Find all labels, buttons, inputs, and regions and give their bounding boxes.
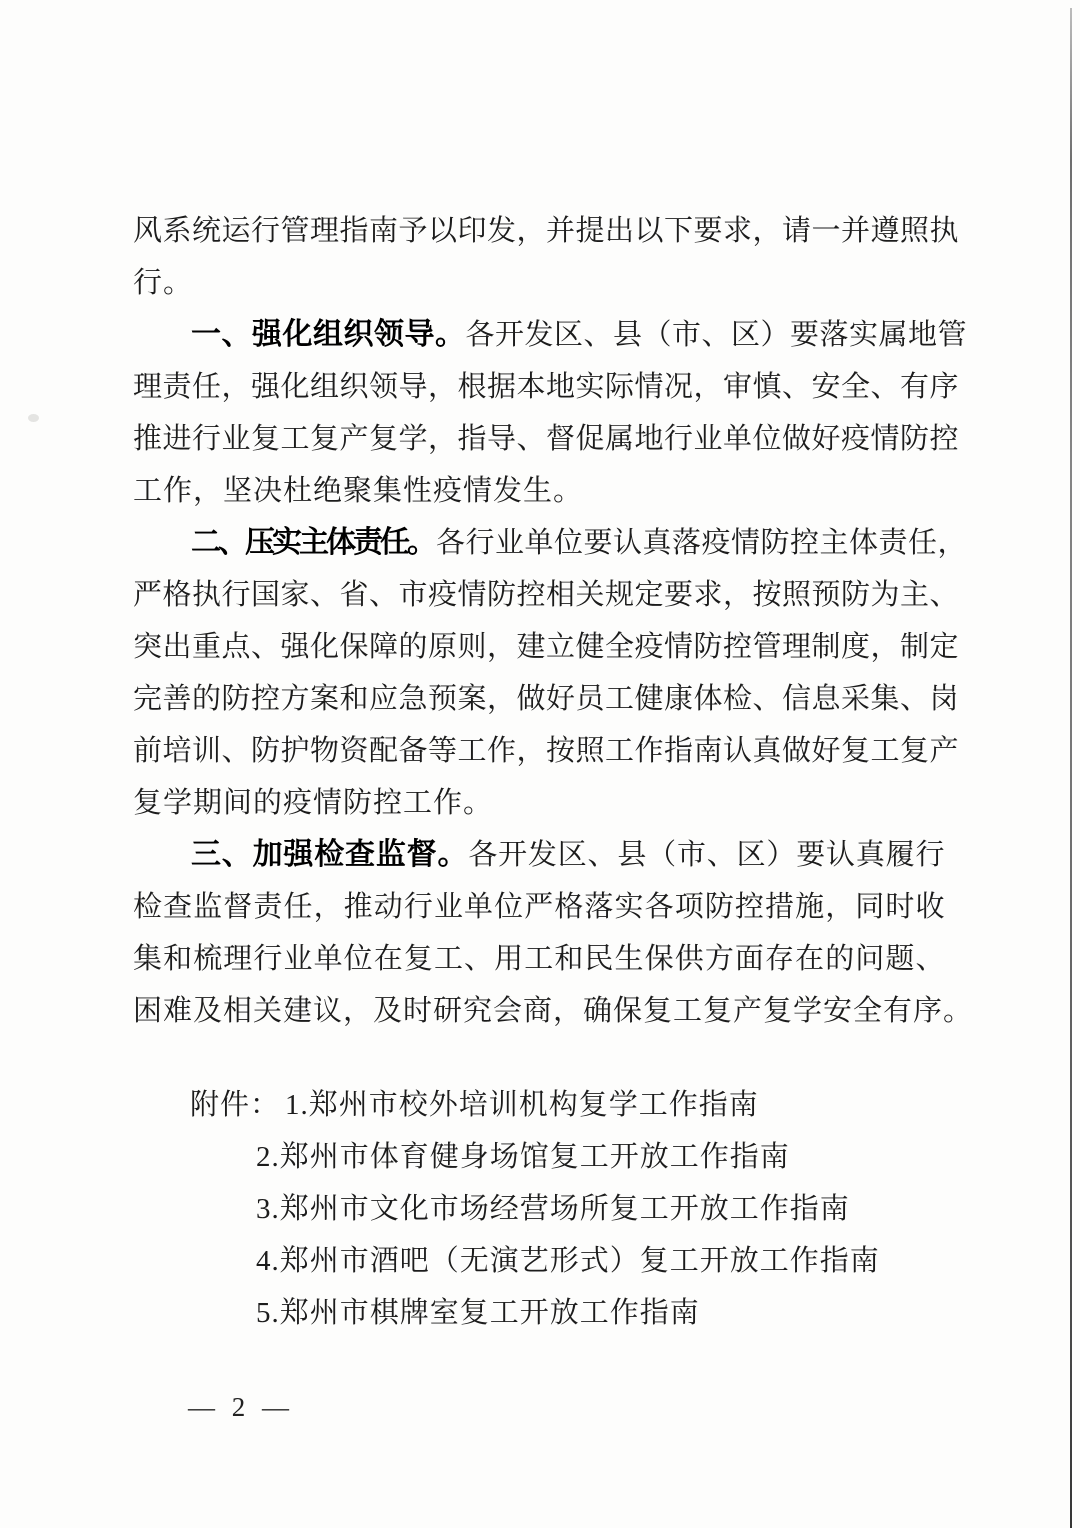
scan-edge-artifact xyxy=(1070,8,1072,1528)
section-3-text: 各开发区、县（市、区）要认真履行 xyxy=(468,839,945,871)
body-line: 理责任，强化组织领导，根据本地实际情况，审慎、安全、有序 xyxy=(133,361,945,413)
section-2-first-line: 二、压实主体责任。各行业单位要认真落疫情防控主体责任， xyxy=(133,517,945,569)
body-line: 工作，坚决杜绝聚集性疫情发生。 xyxy=(133,465,945,517)
body-line: 集和梳理行业单位在复工、用工和民生保供方面存在的问题、 xyxy=(133,933,945,985)
section-1-first-line: 一、强化组织领导。各开发区、县（市、区）要落实属地管 xyxy=(133,309,945,361)
section-3-heading: 三、加强检查监督。 xyxy=(191,838,468,871)
scan-speck-artifact xyxy=(28,414,39,422)
body-line: 行。 xyxy=(133,257,945,309)
body-line: 推进行业复工复产复学，指导、督促属地行业单位做好疫情防控 xyxy=(133,413,945,465)
body-line: 严格执行国家、省、市疫情防控相关规定要求，按照预防为主、 xyxy=(133,569,945,621)
body-line: 前培训、防护物资配备等工作，按照工作指南认真做好复工复产 xyxy=(133,725,945,777)
attachment-item: 4.郑州市酒吧（无演艺形式）复工开放工作指南 xyxy=(256,1235,945,1287)
body-line: 困难及相关建议，及时研究会商，确保复工复产复学安全有序。 xyxy=(133,985,945,1037)
attachments-label: 附件： xyxy=(190,1089,280,1121)
attachment-item: 附件：1.郑州市校外培训机构复学工作指南 xyxy=(190,1079,945,1131)
document-body: 风系统运行管理指南予以印发，并提出以下要求，请一并遵照执 行。 一、强化组织领导… xyxy=(133,205,945,1339)
attachment-item: 2.郑州市体育健身场馆复工开放工作指南 xyxy=(256,1131,945,1183)
section-3-first-line: 三、加强检查监督。各开发区、县（市、区）要认真履行 xyxy=(133,829,945,881)
body-line: 复学期间的疫情防控工作。 xyxy=(133,777,945,829)
section-1-heading: 一、强化组织领导。 xyxy=(191,318,466,351)
body-line: 检查监督责任，推动行业单位严格落实各项防控措施，同时收 xyxy=(133,881,945,933)
page-number: — 2 — xyxy=(188,1392,294,1423)
body-line: 完善的防控方案和应急预案，做好员工健康体检、信息采集、岗 xyxy=(133,673,945,725)
scanned-document-page: 风系统运行管理指南予以印发，并提出以下要求，请一并遵照执 行。 一、强化组织领导… xyxy=(0,0,1080,1528)
section-1-text: 各开发区、县（市、区）要落实属地管 xyxy=(466,319,968,351)
body-line: 风系统运行管理指南予以印发，并提出以下要求，请一并遵照执 xyxy=(133,205,945,257)
attachment-title: 1.郑州市校外培训机构复学工作指南 xyxy=(285,1089,759,1121)
attachment-item: 5.郑州市棋牌室复工开放工作指南 xyxy=(256,1287,945,1339)
attachment-item: 3.郑州市文化市场经营场所复工开放工作指南 xyxy=(256,1183,945,1235)
attachments-list: 附件：1.郑州市校外培训机构复学工作指南 2.郑州市体育健身场馆复工开放工作指南… xyxy=(133,1079,945,1339)
section-2-text: 各行业单位要认真落疫情防控主体责任， xyxy=(436,527,967,559)
body-line: 突出重点、强化保障的原则，建立健全疫情防控管理制度，制定 xyxy=(133,621,945,673)
section-2-heading: 二、压实主体责任。 xyxy=(191,526,434,559)
